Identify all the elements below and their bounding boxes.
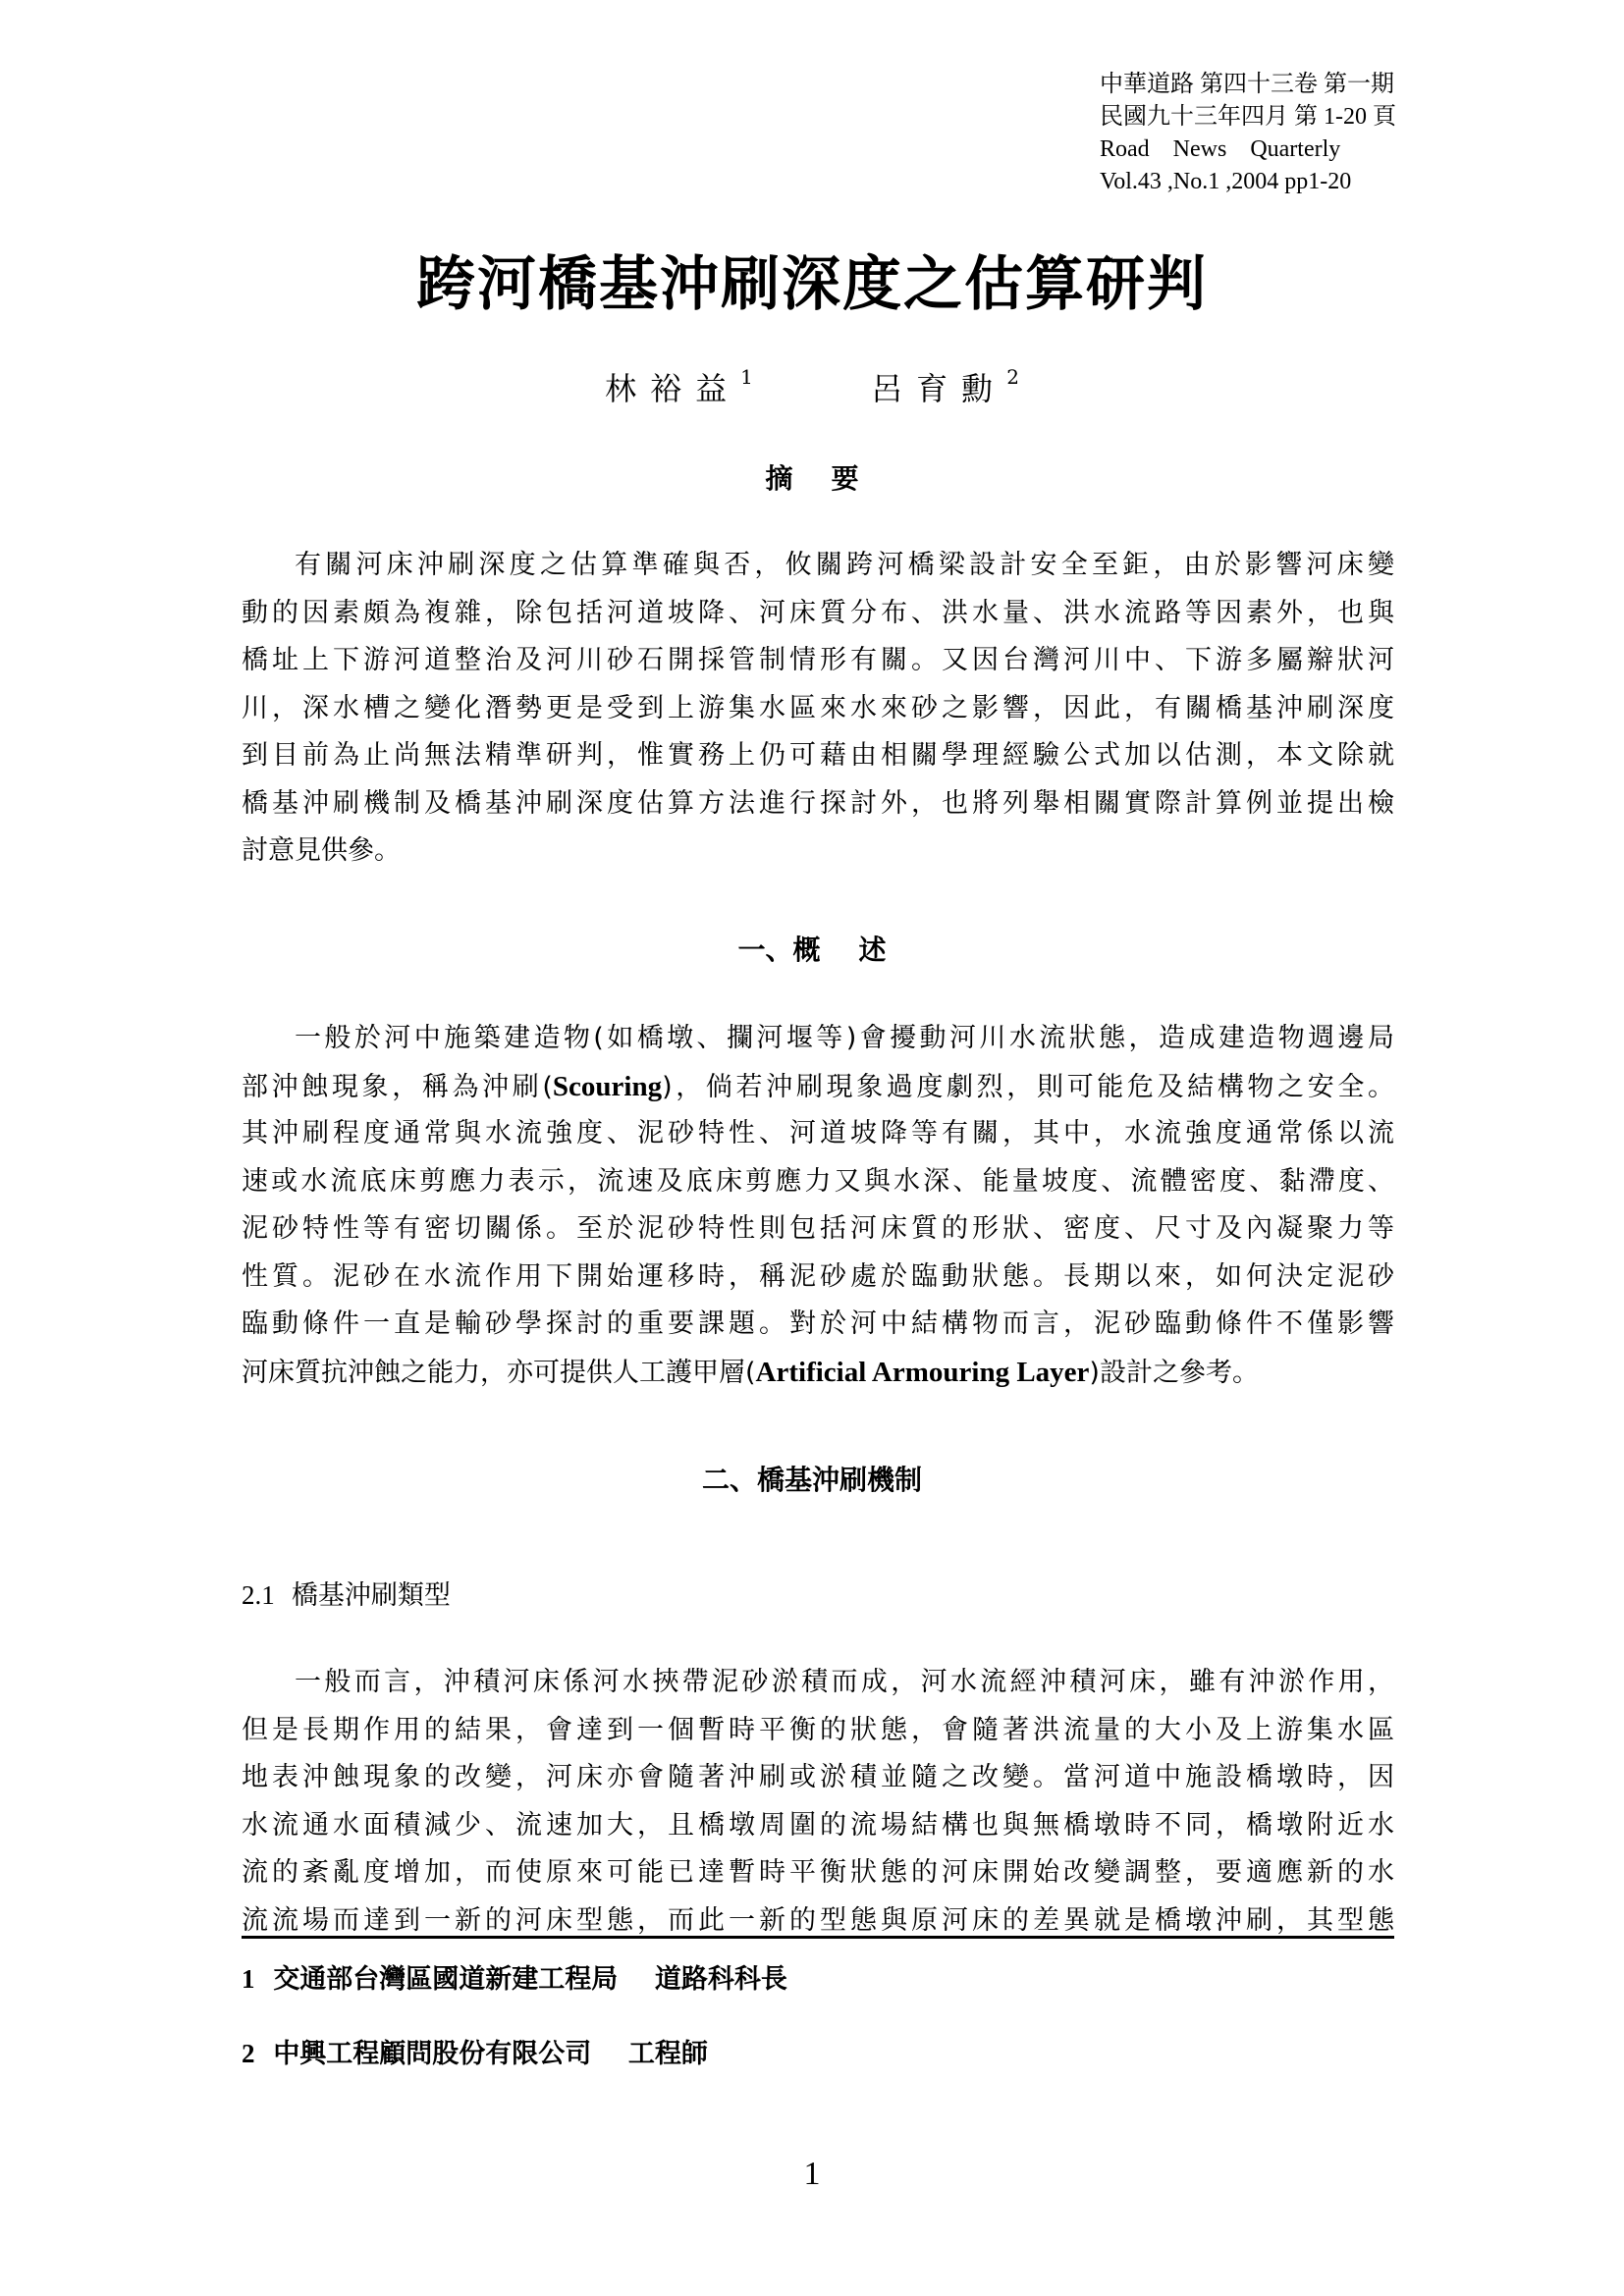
text-line: 動的因素頗為複雜，除包括河道坡降、河床質分布、洪水量、洪水流路等因素外，也與 [242, 590, 1394, 638]
author-name: 呂育勳 [871, 370, 1006, 407]
text-line: 河床質抗沖蝕之能力，亦可提供人工護甲層(Artificial Armouring… [242, 1349, 1394, 1397]
abstract-heading: 摘 要 [0, 461, 1624, 497]
section-heading: 一、概 述 [0, 933, 1624, 968]
footnote-text: 交通部台灣區國道新建工程局 道路科科長 [273, 1964, 787, 1995]
footnote: 1 交通部台灣區國道新建工程局 道路科科長 [242, 1961, 787, 1998]
affiliation-mark: 2 [1006, 365, 1019, 389]
document-page: 中華道路 第四十三卷 第一期 民國九十三年四月 第 1-20 頁 Road Ne… [0, 0, 1624, 2296]
text-line: 速或水流底床剪應力表示，流速及底床剪應力又與水深、能量坡度、流體密度、黏滯度、 [242, 1158, 1394, 1206]
journal-header-line: 中華道路 第四十三卷 第一期 [1100, 69, 1414, 101]
subsection-title: 橋基沖刷類型 [292, 1580, 451, 1611]
text-line: 流的紊亂度增加，而使原來可能已達暫時平衡狀態的河床開始改變調整，要適應新的水 [242, 1849, 1394, 1897]
subsection-number: 2.1 [242, 1580, 275, 1610]
subsection-heading: 2.1 橋基沖刷類型 [242, 1577, 451, 1614]
page-number: 1 [0, 2156, 1624, 2193]
paper-title: 跨河橋基沖刷深度之估算研判 [0, 250, 1624, 319]
journal-header-line: Vol.43 ,No.1 ,2004 pp1-20 [1100, 166, 1414, 198]
section-heading: 二、橋基沖刷機制 [0, 1463, 1624, 1498]
text-line: 有關河床沖刷深度之估算準確與否，攸關跨河橋梁設計安全至鉅，由於影響河床變 [242, 542, 1394, 590]
subsection-paragraph: 一般而言，沖積河床係河水挾帶泥砂淤積而成，河水流經沖積河床，雖有沖淤作用， 但是… [242, 1659, 1394, 1945]
footnote: 2 中興工程顧問股份有限公司 工程師 [242, 2036, 708, 2072]
text-line: 臨動條件一直是輸砂學探討的重要課題。對於河中結構物而言，泥砂臨動條件不僅影響 [242, 1301, 1394, 1349]
text-line: 其沖刷程度通常與水流強度、泥砂特性、河道坡降等有關，其中，水流強度通常係以流 [242, 1110, 1394, 1158]
text-line: 橋基沖刷機制及橋基沖刷深度估算方法進行探討外，也將列舉相關實際計算例並提出檢 [242, 780, 1394, 828]
author: 呂育勳2 [871, 370, 1019, 407]
footnote-divider [242, 1936, 1394, 1939]
author-list: 林裕益1 呂育勳2 [0, 355, 1624, 410]
section1-paragraph: 一般於河中施築建造物(如橋墩、攔河堰等)會擾動河川水流狀態，造成建造物週邊局 部… [242, 1015, 1394, 1396]
text-line: 泥砂特性等有密切關係。至於泥砂特性則包括河床質的形狀、密度、尺寸及內凝聚力等 [242, 1205, 1394, 1254]
footnote-text: 中興工程顧問股份有限公司 工程師 [273, 2039, 708, 2069]
text-line: 但是長期作用的結果，會達到一個暫時平衡的狀態，會隨著洪流量的大小及上游集水區 [242, 1707, 1394, 1755]
latin-term: Scouring [553, 1071, 662, 1102]
journal-header-line: 民國九十三年四月 第 1-20 頁 [1100, 101, 1414, 133]
footnote-number: 1 [242, 1964, 255, 1994]
text-line: 橋址上下游河道整治及河川砂石開採管制情形有關。又因台灣河川中、下游多屬辮狀河 [242, 637, 1394, 685]
journal-header-line: Road News Quarterly [1100, 133, 1414, 166]
abstract-paragraph: 有關河床沖刷深度之估算準確與否，攸關跨河橋梁設計安全至鉅，由於影響河床變 動的因… [242, 542, 1394, 876]
author: 林裕益1 [605, 370, 753, 407]
footnote-number: 2 [242, 2039, 255, 2068]
latin-term: Artificial Armouring Layer [756, 1357, 1090, 1388]
text-line: 一般於河中施築建造物(如橋墩、攔河堰等)會擾動河川水流狀態，造成建造物週邊局 [242, 1015, 1394, 1063]
journal-header: 中華道路 第四十三卷 第一期 民國九十三年四月 第 1-20 頁 Road Ne… [1100, 69, 1414, 198]
affiliation-mark: 1 [740, 365, 753, 389]
text-line: 到目前為止尚無法精準研判，惟實務上仍可藉由相關學理經驗公式加以估測，本文除就 [242, 732, 1394, 780]
author-name: 林裕益 [605, 370, 740, 407]
text-line: 一般而言，沖積河床係河水挾帶泥砂淤積而成，河水流經沖積河床，雖有沖淤作用， [242, 1659, 1394, 1707]
text-line: 討意見供參。 [242, 828, 1394, 876]
text-line: 水流通水面積減少、流速加大，且橋墩周圍的流場結構也與無橋墩時不同，橋墩附近水 [242, 1802, 1394, 1850]
text-line: 性質。泥砂在水流作用下開始運移時，稱泥砂處於臨動狀態。長期以來，如何決定泥砂 [242, 1254, 1394, 1302]
text-line: 地表沖蝕現象的改變，河床亦會隨著沖刷或淤積並隨之改變。當河道中施設橋墩時，因 [242, 1754, 1394, 1802]
text-line: 部沖蝕現象，稱為沖刷(Scouring)，倘若沖刷現象過度劇烈，則可能危及結構物… [242, 1063, 1394, 1111]
text-line: 川，深水槽之變化潛勢更是受到上游集水區來水來砂之影響，因此，有關橋基沖刷深度 [242, 685, 1394, 733]
